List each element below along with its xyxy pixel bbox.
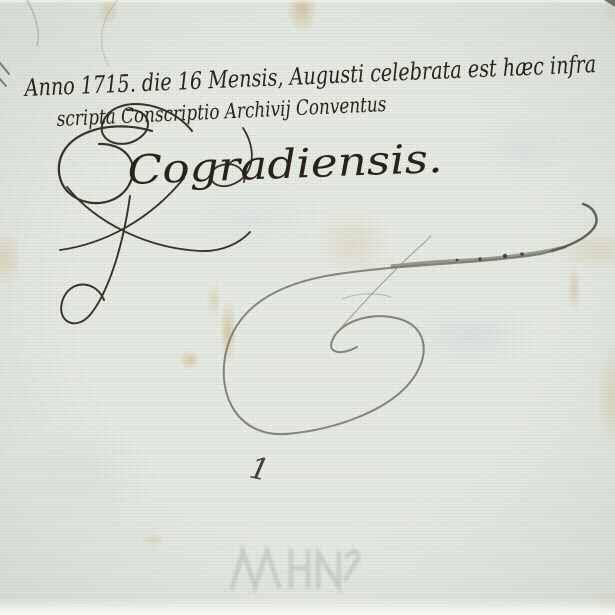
page-number: 1	[246, 451, 272, 489]
watermark-letterform	[318, 553, 339, 587]
watermark-letterform	[232, 551, 279, 588]
ink-speck	[503, 254, 507, 258]
ink-speck	[478, 257, 481, 260]
corner-wedge-mark	[604, 0, 615, 7]
swirl-small-curl	[342, 294, 391, 299]
swirl-main-stroke	[224, 204, 597, 434]
ink-speck	[520, 252, 524, 256]
swirl-thick-segment	[392, 247, 565, 266]
left-edge-ink-marks	[0, 63, 9, 86]
calligraphic-initial-flourish	[59, 104, 252, 323]
title-word: Cogradiensis.	[127, 136, 444, 194]
manuscript-page: Anno 1715. die 16 Mensis, Augusti celebr…	[0, 0, 615, 615]
watermark-letterform	[346, 552, 358, 579]
swirl-hook-segment	[552, 204, 596, 251]
swirl-hairline	[336, 236, 431, 334]
watermark	[232, 551, 358, 588]
inscription-line-1: Anno 1715. die 16 Mensis, Augusti celebr…	[22, 50, 596, 102]
ink-speck	[456, 259, 459, 262]
watermark-letterform	[291, 551, 308, 587]
faint-arc-mark	[102, 0, 118, 66]
manuscript-artwork: Anno 1715. die 16 Mensis, Augusti celebr…	[0, 0, 615, 615]
corner-scratch-mark	[27, 0, 38, 46]
pale-swirl-flourish	[224, 204, 597, 434]
